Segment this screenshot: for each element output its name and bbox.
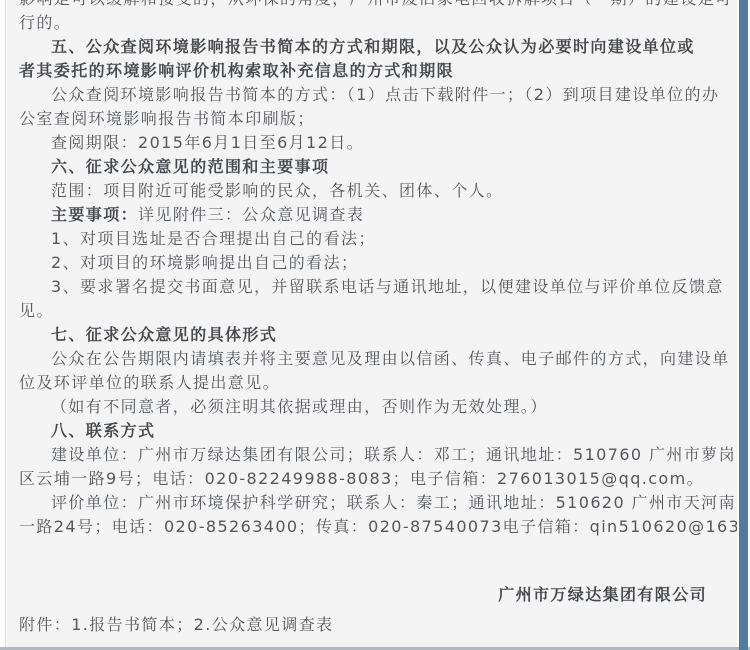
doc-line: 3、要求署名提交书面意见，并留联系电话与通讯地址，以便建设单位与评价单位反馈意 xyxy=(19,275,723,299)
doc-line: 公众在公告期限内请填表并将主要意见及理由以信函、传真、电子邮件的方式，向建设单 xyxy=(19,347,723,371)
doc-line: 行的。 xyxy=(19,11,723,35)
left-border-hairline xyxy=(5,0,6,647)
key-items-value: 详见附件三：公众意见调查表 xyxy=(138,205,364,224)
section-heading-8: 八、联系方式 xyxy=(19,419,723,443)
doc-line: 1、对项目选址是否合理提出自己的看法； xyxy=(19,227,723,251)
key-items-label: 主要事项： xyxy=(51,205,138,224)
attachments-line: 附件：1.报告书简本；2.公众意见调查表 xyxy=(19,613,723,637)
doc-line: 位及环评单位的联系人提出意见。 xyxy=(19,371,723,395)
doc-line: 公众查阅环境影响报告书简本的方式：（1）点击下载附件一；（2）到项目建设单位的办 xyxy=(19,83,723,107)
document-body: 影响是可以缓解和接受的，从环保的角度，广州市废旧家电回收拆解项目（一期）的建设是… xyxy=(19,0,723,637)
doc-line: 见。 xyxy=(19,299,723,323)
document-content-panel: 影响是可以缓解和接受的，从环保的角度，广州市废旧家电回收拆解项目（一期）的建设是… xyxy=(7,0,737,647)
doc-line: （如有不同意者，必须注明其依据或理由，否则作为无效处理。） xyxy=(19,395,723,419)
notice-document-page: 影响是可以缓解和接受的，从环保的角度，广州市废旧家电回收拆解项目（一期）的建设是… xyxy=(0,0,750,650)
doc-line: 2、对项目的环境影响提出自己的看法； xyxy=(19,251,723,275)
doc-line: 查阅期限：2015年6月1日至6月12日。 xyxy=(19,131,723,155)
doc-line: 主要事项：详见附件三：公众意见调查表 xyxy=(19,203,723,227)
doc-line: 影响是可以缓解和接受的，从环保的角度，广州市废旧家电回收拆解项目（一期）的建设是… xyxy=(19,0,723,11)
evaluation-unit-contact: 评价单位：广州市环境保护科学研究；联系人：秦工；通讯地址：510620 广州市天… xyxy=(19,491,723,515)
section-heading-5-cont: 者其委托的环境影响评价机构索取补充信息的方式和期限 xyxy=(19,59,723,83)
company-signature: 广州市万绿达集团有限公司 xyxy=(19,583,723,607)
doc-line: 公室查阅环境影响报告书简本印刷版； xyxy=(19,107,723,131)
section-heading-7: 七、征求公众意见的具体形式 xyxy=(19,323,723,347)
section-heading-5: 五、公众查阅环境影响报告书简本的方式和期限，以及公众认为必要时向建设单位或 xyxy=(19,35,723,59)
right-edge-bar xyxy=(739,0,748,650)
section-heading-6: 六、征求公众意见的范围和主要事项 xyxy=(19,155,723,179)
evaluation-unit-contact-cont: 一路24号；电话：020-85263400；传真：020-87540073电子信… xyxy=(19,515,723,539)
doc-line: 范围：项目附近可能受影响的民众，各机关、团体、个人。 xyxy=(19,179,723,203)
construction-unit-contact-cont: 区云埔一路9号；电话：020-82249988-8083；电子信箱：276013… xyxy=(19,467,723,491)
construction-unit-contact: 建设单位：广州市万绿达集团有限公司；联系人：邓工；通讯地址：510760 广州市… xyxy=(19,443,723,467)
